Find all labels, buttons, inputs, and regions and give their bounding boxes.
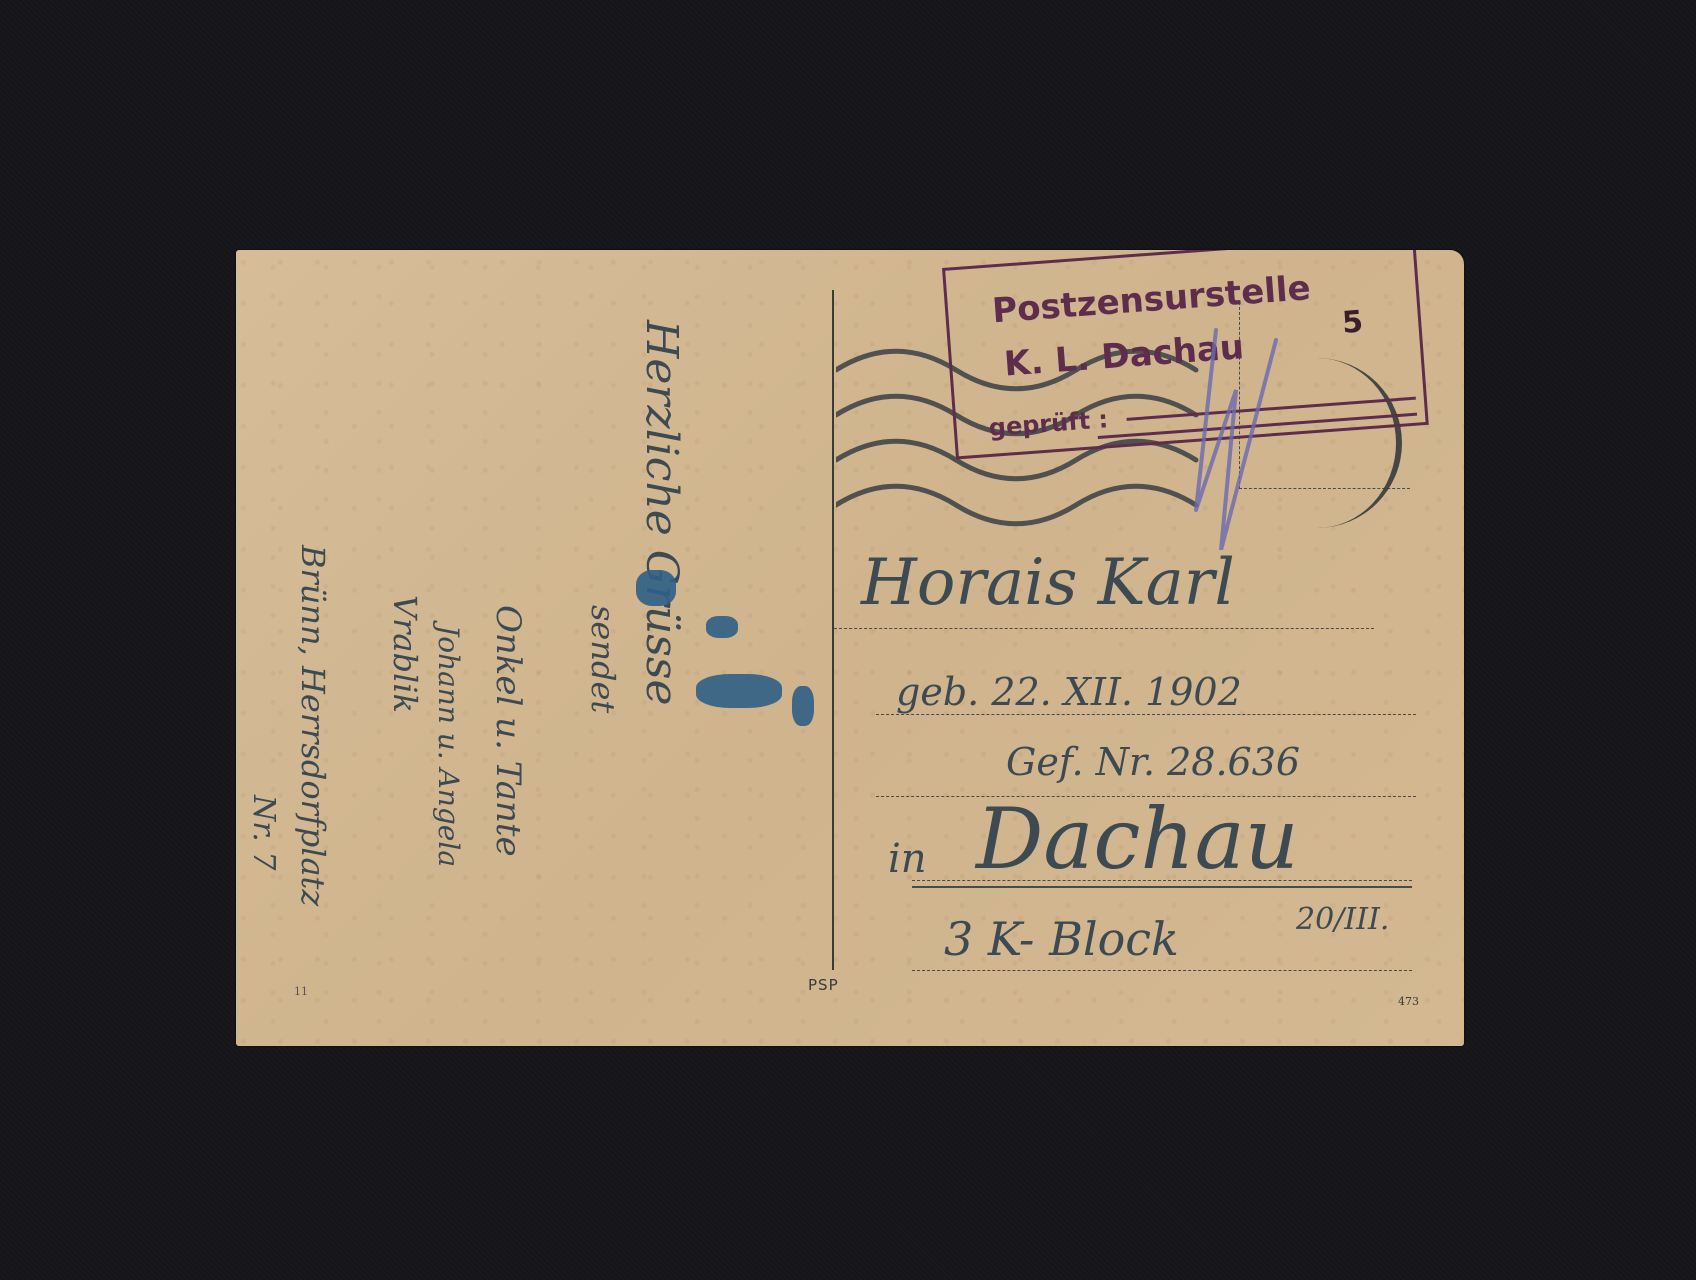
print-number: 473 — [1398, 995, 1419, 1008]
destination-place: Dachau — [976, 790, 1299, 888]
sender-line1: Onkel u. Tante — [488, 605, 528, 857]
ink-smudge — [792, 686, 814, 726]
censor-stamp-number: 5 — [1341, 304, 1364, 340]
edge-number: 11 — [294, 985, 308, 998]
recipient-name: Horais Karl — [861, 546, 1235, 620]
postcard-divider — [832, 290, 834, 970]
ink-smudge — [636, 570, 676, 606]
address-line — [834, 628, 1374, 629]
sender-line4: Brünn, Herrsdorfplatz — [294, 545, 332, 906]
printer-mark: PSP — [808, 976, 839, 994]
address-line — [912, 970, 1412, 971]
greeting-line1: Herzliche Grüsse — [636, 320, 687, 706]
censor-checked-label: geprüft : — [988, 405, 1109, 442]
address-prefix: in — [888, 836, 927, 882]
block-reference: 20/III. — [1296, 902, 1389, 937]
ink-smudge — [706, 616, 738, 638]
prisoner-number: Gef. Nr. 28.636 — [1006, 740, 1300, 784]
ink-smudge — [696, 674, 782, 708]
sender-line2: Johann u. Angela — [432, 625, 465, 867]
sender-line5: Nr. 7 — [246, 795, 281, 870]
greeting-line2: sendet — [584, 605, 622, 713]
printer-mark-text: PSP — [808, 976, 839, 994]
recipient-birth: geb. 22. XII. 1902 — [896, 670, 1242, 714]
postcard: Postzensurstelle K. L. Dachau 5 geprüft … — [236, 250, 1464, 1046]
sender-line3: Vrablik — [386, 595, 424, 713]
censor-initials-mark — [1176, 320, 1296, 550]
address-line — [876, 714, 1416, 715]
block-info: 3 K- Block — [944, 912, 1179, 966]
